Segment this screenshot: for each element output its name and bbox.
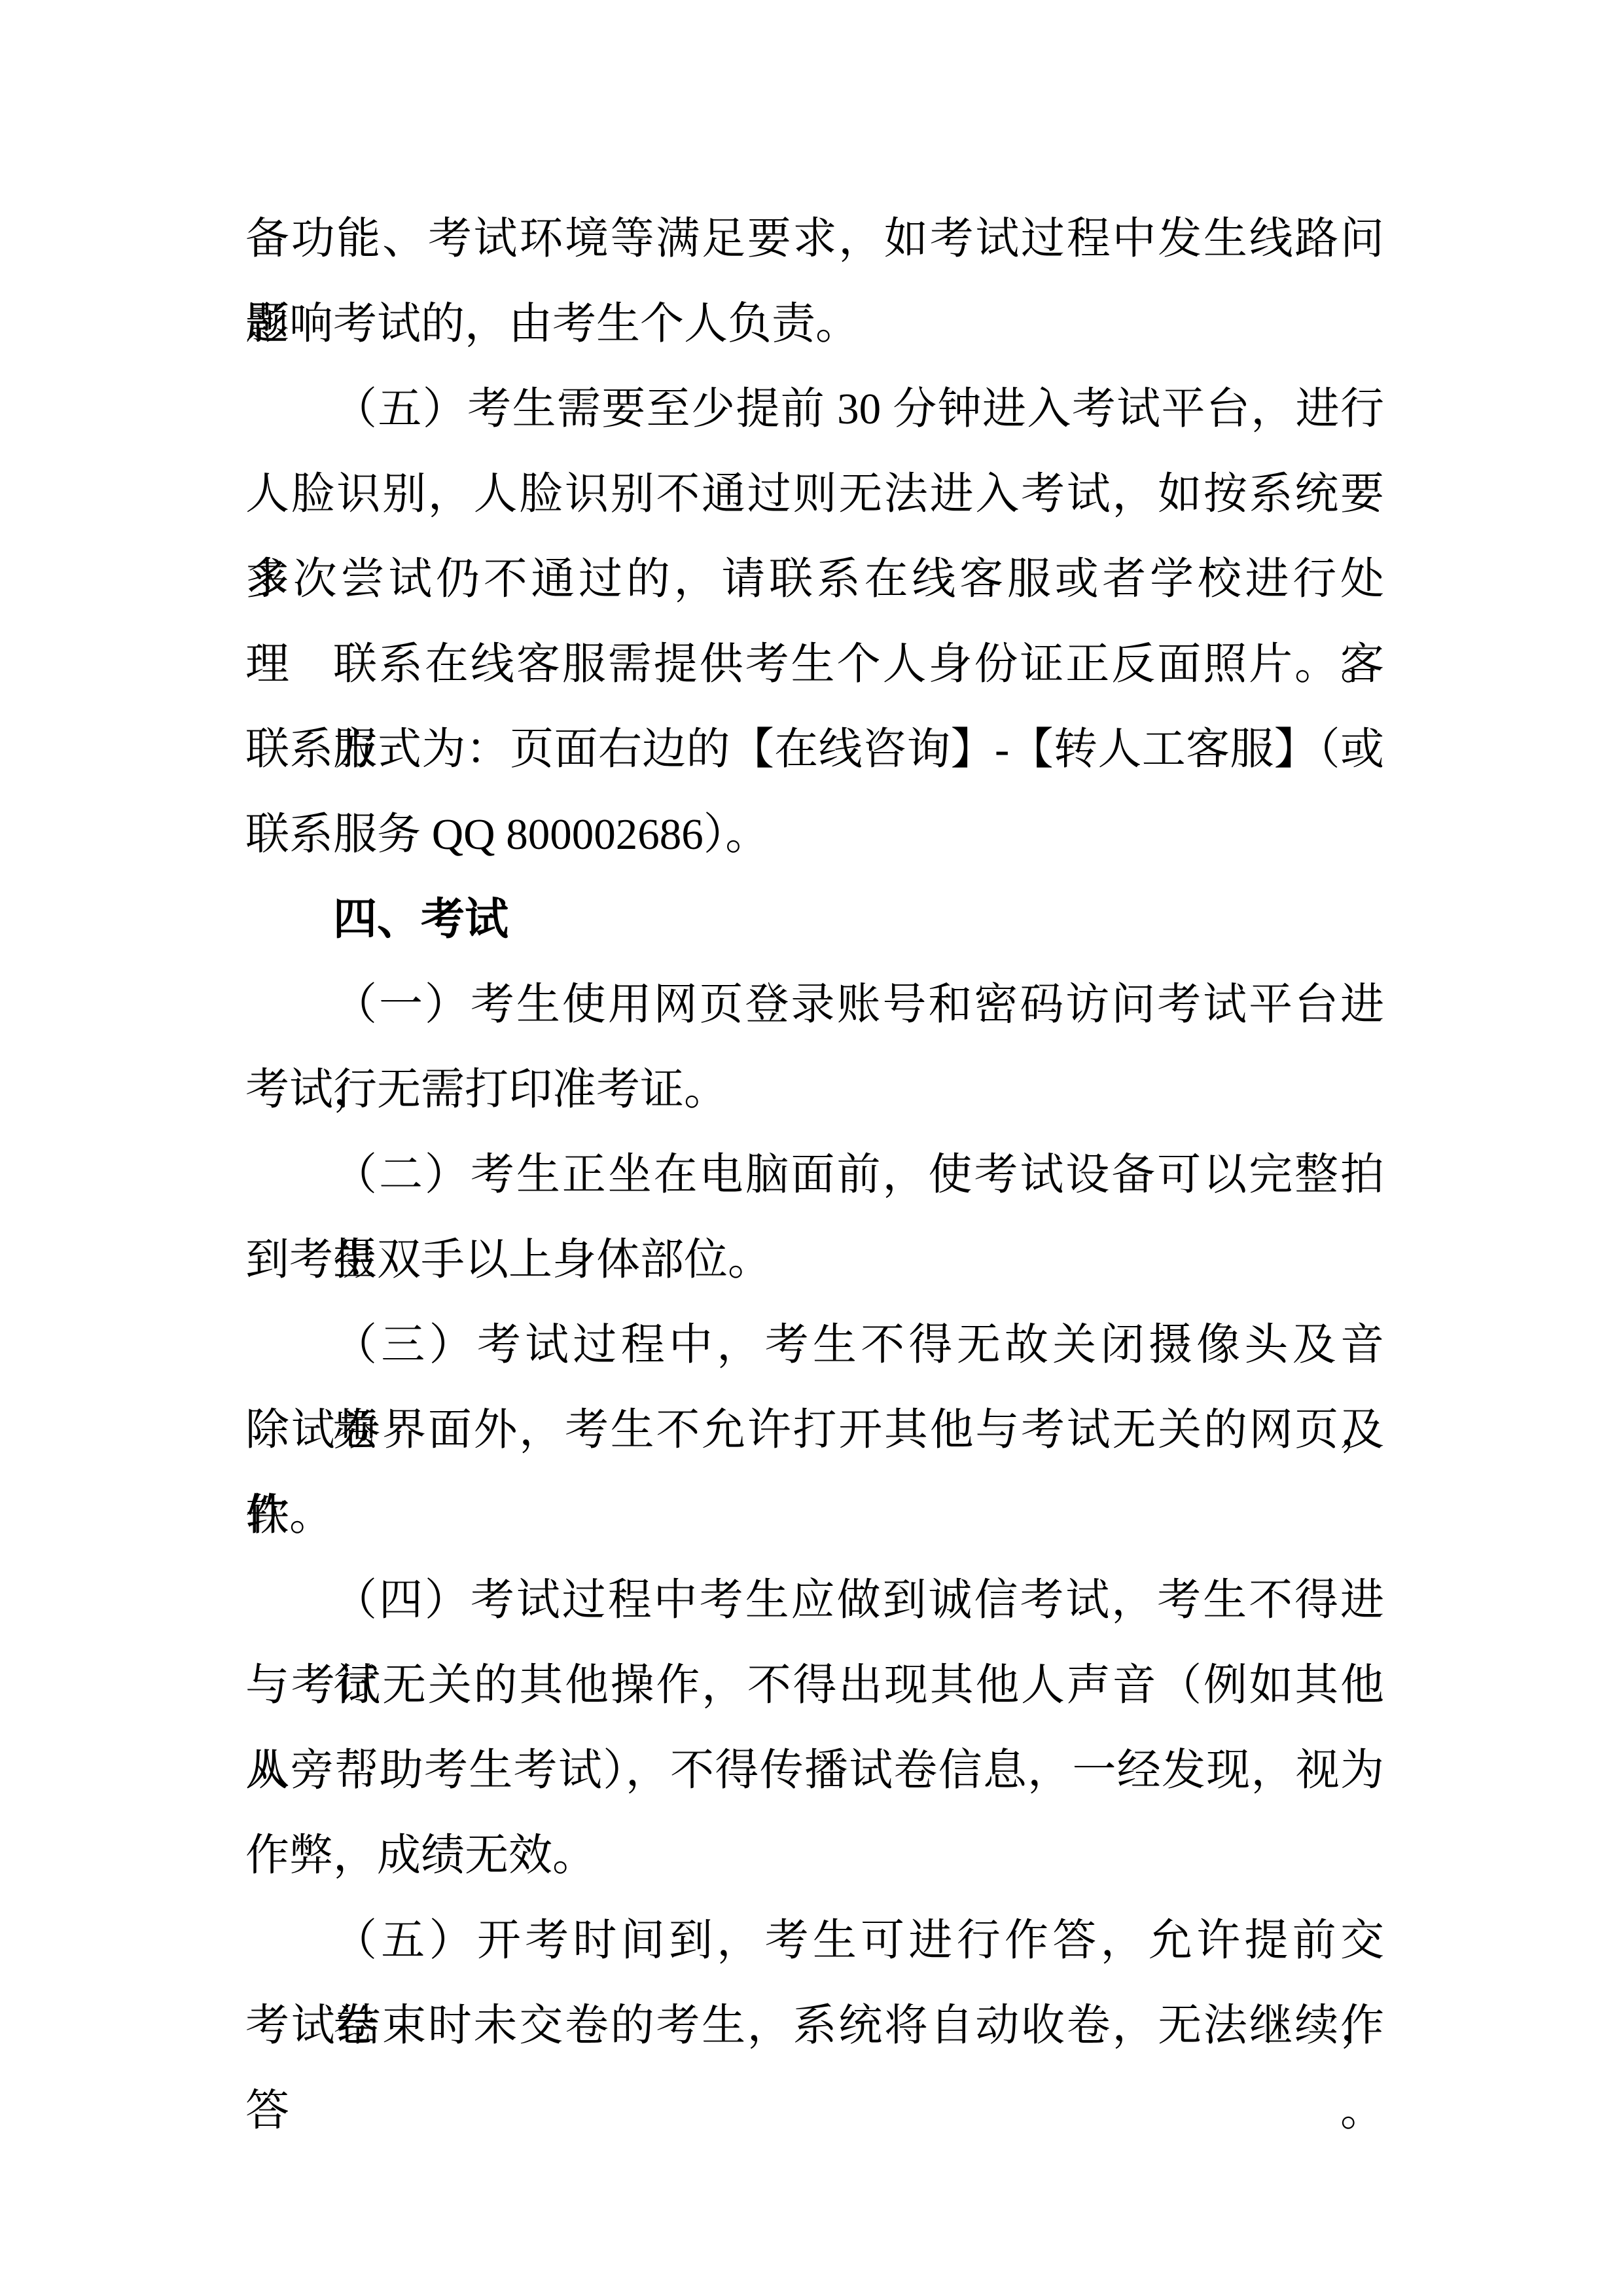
text-line: 与考试无关的其他操作，不得出现其他人声音（例如其他人 [245, 1643, 1384, 1728]
text-line: 影响考试的，由考生个人负责。 [245, 281, 1384, 367]
document-text-block: 备功能、考试环境等满足要求，如考试过程中发生线路问题 影响考试的，由考生个人负责… [245, 196, 1384, 2068]
text-line: （五）开考时间到，考生可进行作答，允许提前交卷， [245, 1898, 1384, 1983]
text-line: （二）考生正坐在电脑面前，使考试设备可以完整拍摄 [245, 1132, 1384, 1217]
text-line: 除试卷界面外，考生不允许打开其他与考试无关的网页及软 [245, 1388, 1384, 1473]
text-line: （三）考试过程中，考生不得无故关闭摄像头及音频， [245, 1302, 1384, 1388]
section-heading: 四、考试 [245, 877, 1384, 962]
text-line: （五）考生需要至少提前 30 分钟进入考试平台，进行 [245, 367, 1384, 452]
text-line: 多次尝试仍不通过的，请联系在线客服或者学校进行处理。 [245, 537, 1384, 622]
text-line: 联系方式为：页面右边的【在线咨询】-【转人工客服】（或 [245, 707, 1384, 792]
text-line: 件。 [245, 1473, 1384, 1558]
text-line: 考试，无需打印准考证。 [245, 1047, 1384, 1132]
text-line: 备功能、考试环境等满足要求，如考试过程中发生线路问题 [245, 196, 1384, 281]
text-line: 人脸识别，人脸识别不通过则无法进入考试，如按系统要求 [245, 452, 1384, 537]
text-line: 联系服务 QQ 800002686）。 [245, 792, 1384, 877]
text-line: 联系在线客服需提供考生个人身份证正反面照片。客服 [245, 622, 1384, 707]
text-line: 作弊，成绩无效。 [245, 1813, 1384, 1898]
document-page: 备功能、考试环境等满足要求，如考试过程中发生线路问题 影响考试的，由考生个人负责… [0, 0, 1623, 2296]
text-line: （四）考试过程中考生应做到诚信考试，考生不得进行 [245, 1558, 1384, 1643]
text-line: 考试结束时未交卷的考生，系统将自动收卷，无法继续作答。 [245, 1983, 1384, 2068]
text-line: 到考生双手以上身体部位。 [245, 1217, 1384, 1302]
text-line: （一）考生使用网页登录账号和密码访问考试平台进行 [245, 962, 1384, 1047]
text-line: 从旁帮助考生考试），不得传播试卷信息，一经发现，视为 [245, 1728, 1384, 1813]
